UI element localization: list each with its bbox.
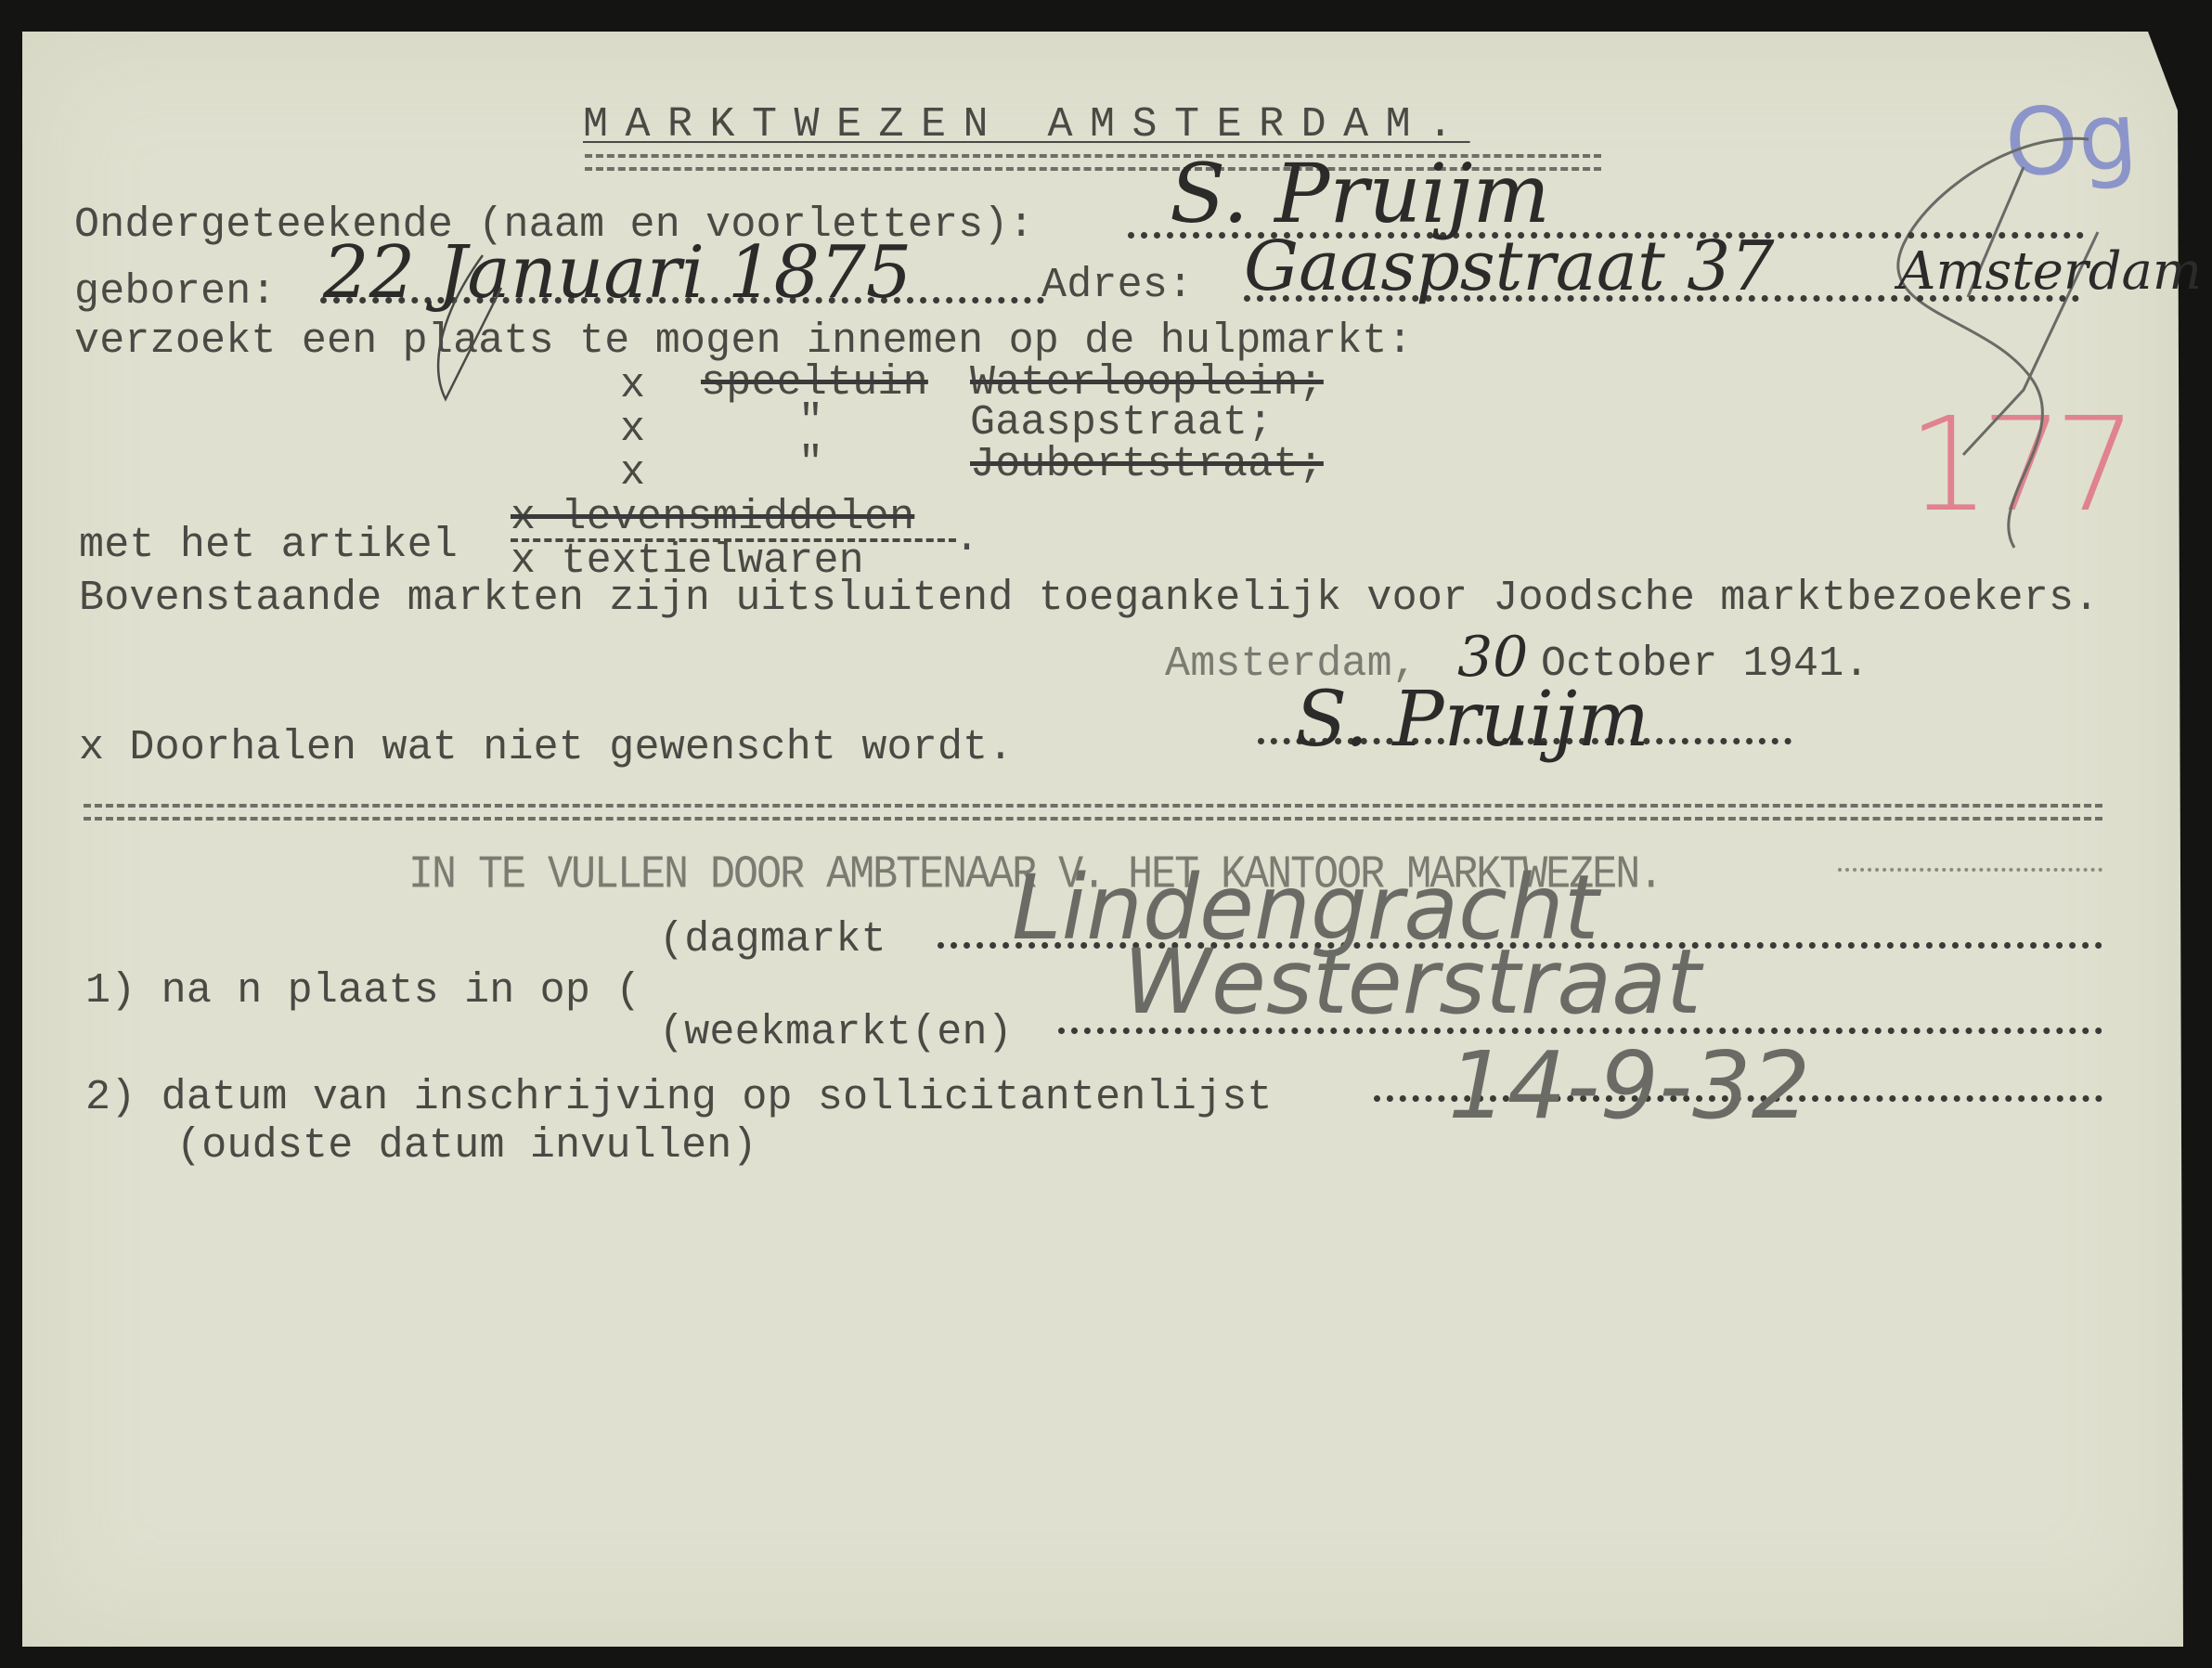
pencil-check-mark <box>427 251 520 408</box>
option-2-mark: x <box>620 408 645 450</box>
address-handwritten: Gaaspstraat 37 <box>1244 232 1774 301</box>
option-3-prefix: " <box>798 443 823 485</box>
article-option-food: x levensmiddelen <box>511 497 914 538</box>
office-heading-dotted <box>1838 868 2102 872</box>
weekmarkt-handwritten: Westerstraat <box>1123 937 1701 1027</box>
option-3-name: Joubertstraat; <box>970 444 1324 485</box>
name-handwritten: S. Pruijm <box>1170 153 1550 235</box>
weekmarkt-label: (weekmarkt(en) <box>659 1012 1013 1054</box>
option-1-mark: x <box>620 365 645 407</box>
article-period: . <box>954 518 979 560</box>
born-handwritten: 22 Januari 1875 <box>323 237 912 309</box>
signature-handwritten: S. Pruijm <box>1295 682 1649 758</box>
address-label: Adres: <box>1041 265 1193 306</box>
item1-label: 1) na n plaats in op ( <box>85 970 641 1012</box>
footnote-text: x Doorhalen wat niet gewenscht wordt. <box>79 727 1014 769</box>
option-2-name: Gaaspstraat; <box>970 402 1273 444</box>
born-label: geboren: <box>74 271 277 313</box>
section-double-rule <box>84 804 2102 821</box>
item2-note: (oudste datum invullen) <box>176 1125 757 1167</box>
pencil-loop-mark <box>1856 111 2154 575</box>
request-text: verzoekt een plaats te mogen innemen op … <box>74 320 1413 362</box>
option-3-mark: x <box>620 452 645 494</box>
dagmarkt-label: (dagmarkt <box>659 919 886 961</box>
document-title: MARKTWEZEN AMSTERDAM. <box>583 104 1470 146</box>
item2-label: 2) datum van inschrijving op sollicitant… <box>85 1077 1273 1118</box>
article-label: met het artikel <box>79 524 458 566</box>
item2-handwritten: 14-9-32 <box>1448 1040 1810 1132</box>
city-handwritten: Amsterdam <box>1898 246 2202 298</box>
notice-text: Bovenstaande markten zijn uitsluitend to… <box>79 577 2099 619</box>
option-1-name: Waterlooplein; <box>970 362 1324 404</box>
option-2-prefix: " <box>798 401 823 443</box>
